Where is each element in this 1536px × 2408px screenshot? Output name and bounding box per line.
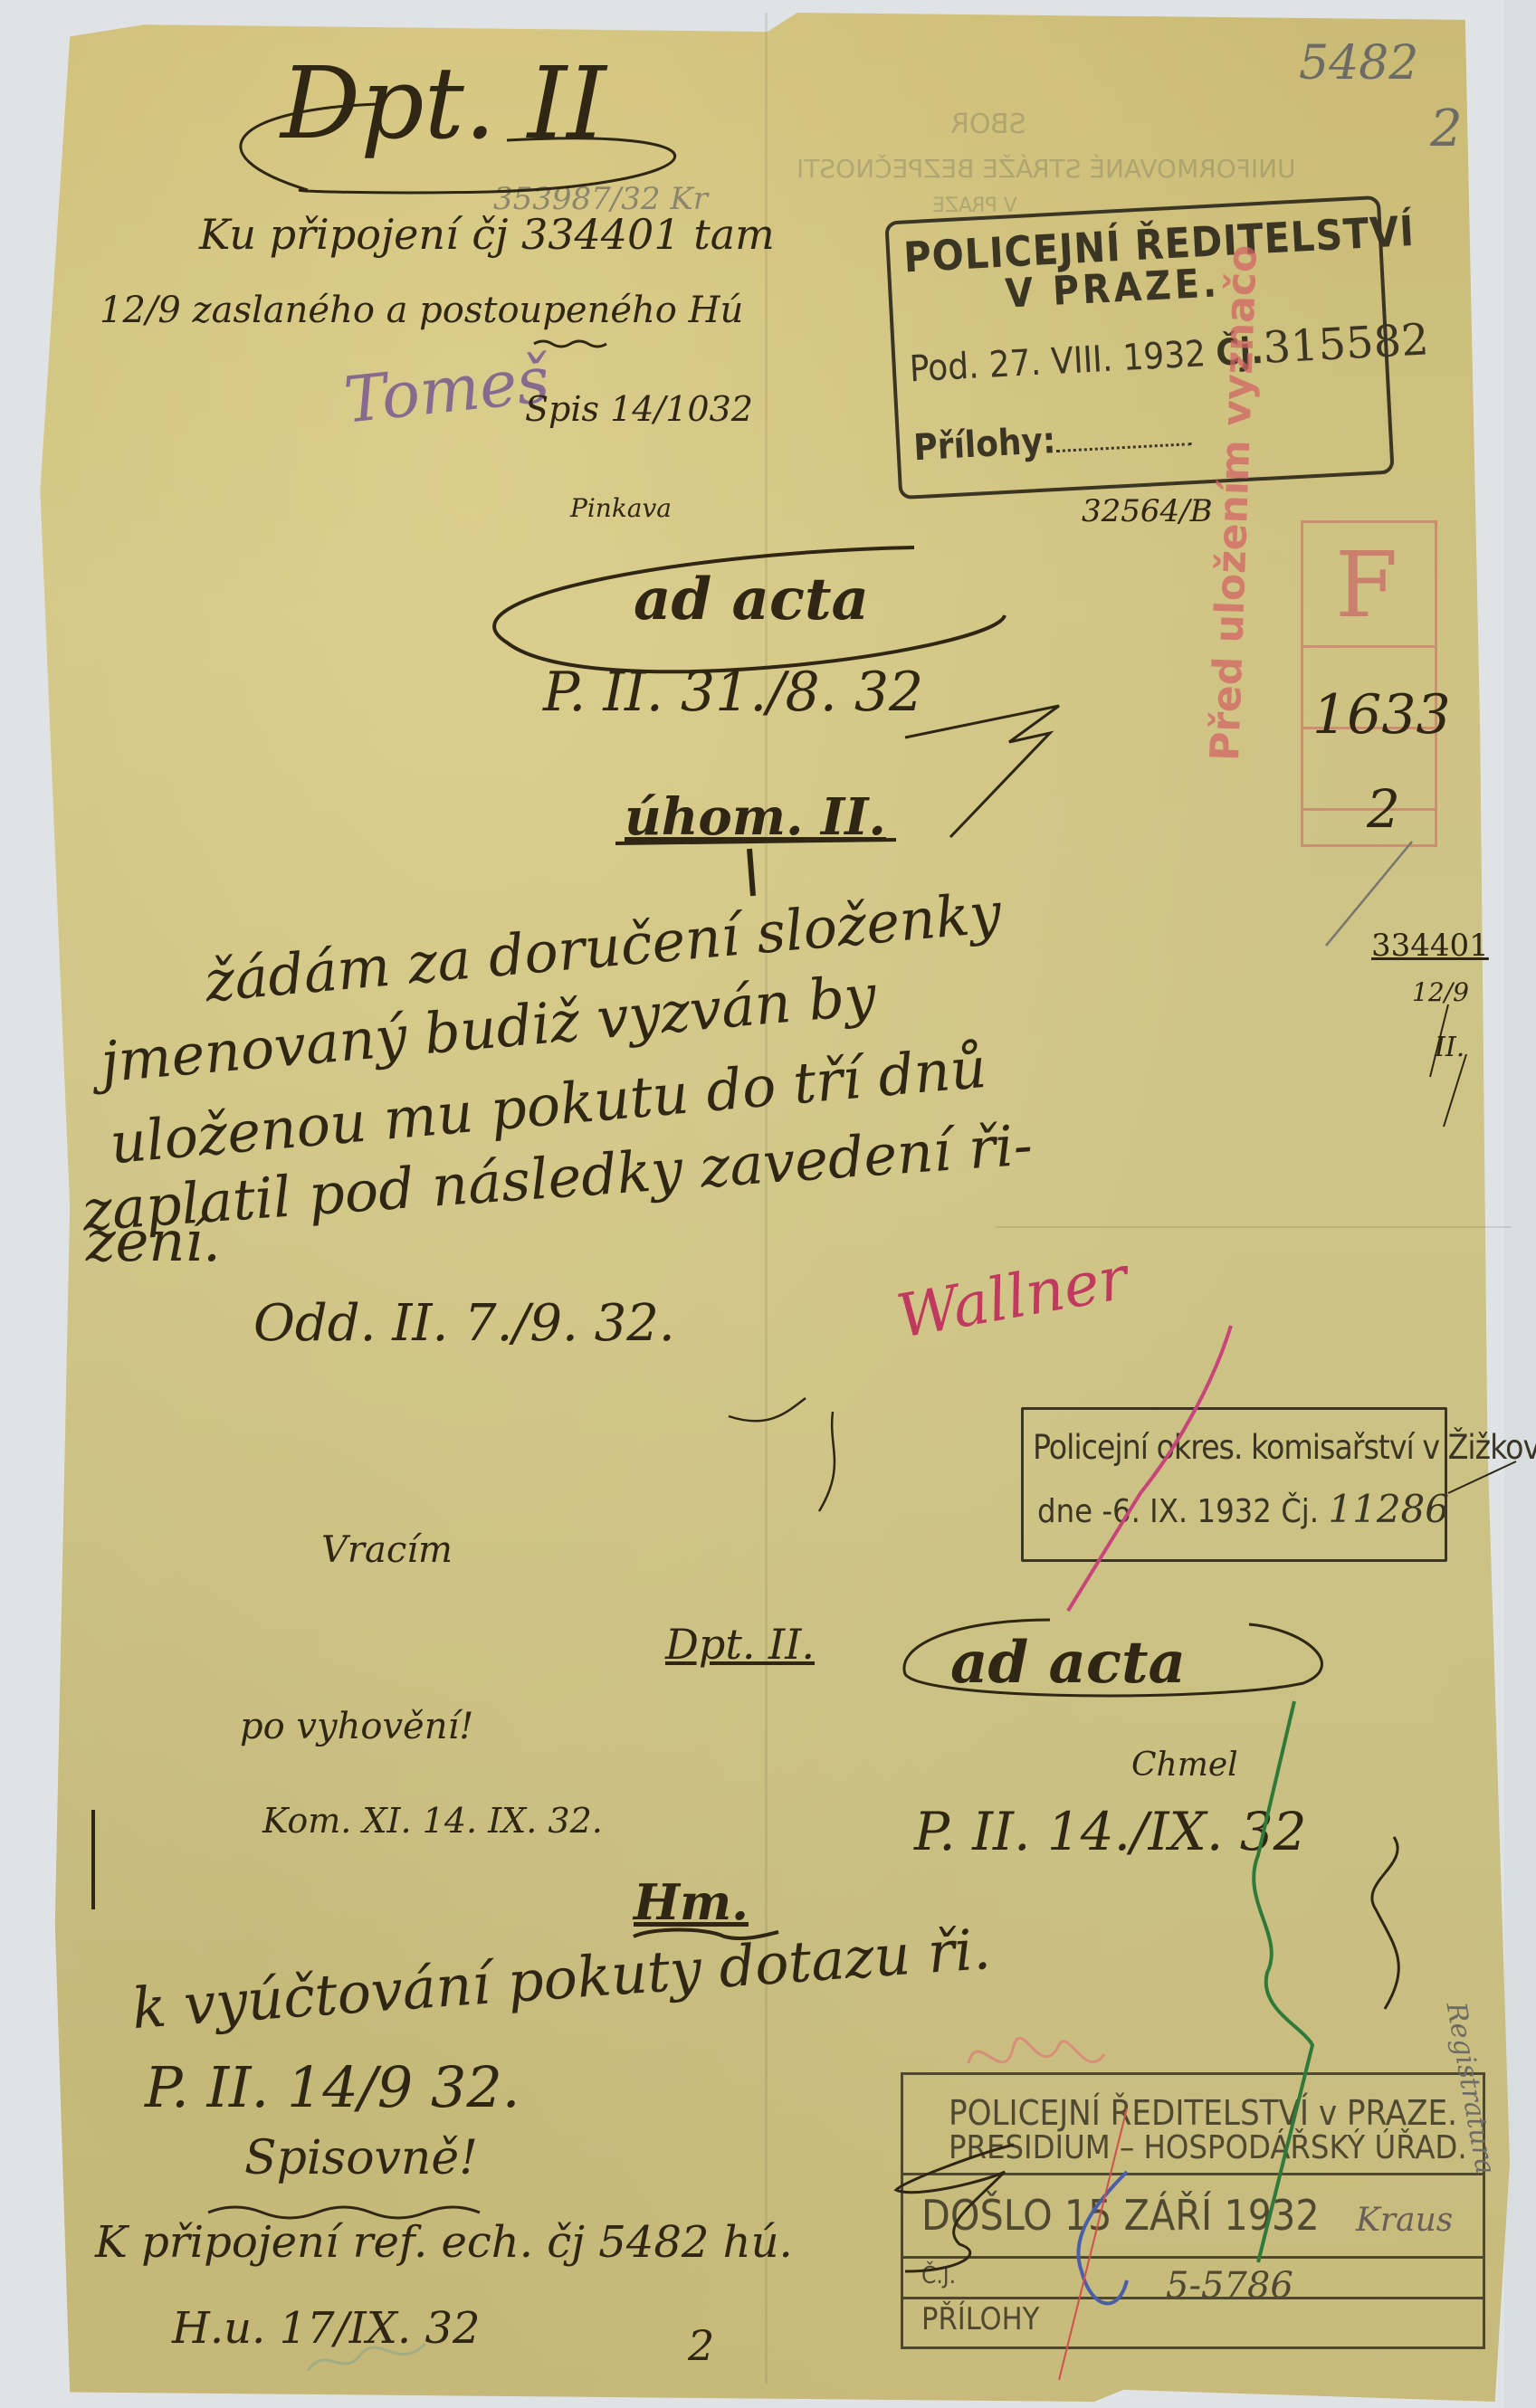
ghost-print-line3: V PRAZE (932, 195, 1017, 217)
stamp-presidium-received-label: DOŠLO (921, 2191, 1053, 2240)
header-line-2: 12/9 zaslaného a postoupeného Hú (100, 290, 743, 331)
stamp-zizkov-date-row: dne -6. IX. 1932 Čj. 11286 (1037, 1487, 1449, 1531)
stamp-presidium-attachments: PŘÍLOHY (921, 2301, 1039, 2337)
final-line-1: K připojení ref. ech. čj 5482 hú. (95, 2217, 793, 2268)
stamp-police-headquarters: POLICEJNÍ ŘEDITELSTVÍ V PRAZE. Pod. 27. … (884, 195, 1394, 500)
corner-number: 5482 (1299, 36, 1418, 90)
stamp-zizkov-cj-value: 11286 (1328, 1487, 1449, 1531)
scan-background-strip (1504, 0, 1536, 2408)
stamp-hq-line2: V PRAZE. (1004, 260, 1221, 317)
final-mark: 2 (688, 2321, 714, 2370)
ghost-print-line2: UNIFORMOVANÉ STRÁŽE BEZPEČNOSTI (797, 154, 1296, 184)
stamp-presidium-cj-value: 5-5786 (1166, 2265, 1293, 2307)
corner-page-number: 2 (1430, 100, 1463, 158)
margin-reference-number: 334401 (1371, 928, 1489, 964)
vracim-note: Vracím (321, 1529, 453, 1571)
stamp-hq-date-prefix: Pod. (909, 345, 980, 390)
small-signature: Pinkava (570, 493, 672, 523)
stamp-zizkov-date: -6. IX. 1932 (1102, 1493, 1272, 1530)
stamp-hq-cj-number: 315582 (1262, 314, 1430, 374)
stamp-hq-date: 27. VIII. 1932 (988, 333, 1207, 385)
stamp-hq-attachments-label: Přílohy: (912, 420, 1056, 469)
stamp-presidium-date: 15 ZÁŘÍ 1932 (1064, 2191, 1320, 2240)
date-2: Odd. II. 7./9. 32. (253, 1294, 675, 1353)
initials-3: Chmel (1131, 1747, 1238, 1784)
dept-mark-2: Dpt. II. (665, 1620, 815, 1669)
spis-note: Spis 14/1032 (525, 389, 753, 429)
kom-date: Kom. XI. 14. IX. 32. (262, 1801, 603, 1841)
section-heading: úhom. II. (625, 787, 886, 847)
spisovna-note: Spisovně! (244, 2131, 478, 2185)
margin-reference-date: 12/9 (1412, 977, 1469, 1007)
stamp-zizkov-commissariat: Policejní okres. komisařství v Žižkově d… (1021, 1407, 1447, 1562)
red-box-sub: 2 (1367, 778, 1400, 840)
stamp-presidium-received-row: DOŠLO 15 ZÁŘÍ 1932 (921, 2191, 1320, 2240)
stamp-zizkov-cj-label: Čj. (1281, 1493, 1319, 1530)
stamp-hq-attachments: Přílohy: (912, 413, 1192, 469)
dept-mark: Dpt. II (281, 45, 606, 161)
date-1: P. II. 31./8. 32 (543, 661, 923, 724)
horizontal-fold-line (996, 1226, 1512, 1228)
stamp-hq-date-row: Pod. 27. VIII. 1932 Čj.315582 (908, 314, 1430, 392)
margin-reference-dept: II. (1435, 1032, 1464, 1063)
hm-mark: Hm. (634, 1873, 749, 1931)
stamp-presidium-cj-label: Č.J. (921, 2262, 956, 2289)
header-line-1: Ku připojení čj 334401 tam (199, 210, 775, 259)
stamp-zizkov-line1: Policejní okres. komisařství v Žižkově (1033, 1428, 1536, 1467)
pencil-number: 32564/B (1082, 493, 1213, 529)
red-box-number: 1633 (1312, 683, 1451, 747)
po-vyhoveni-note: po vyhovění! (240, 1706, 473, 1747)
stamp-presidium: POLICEJNÍ ŘEDITELSTVÍ v PRAZE. PRESIDIUM… (901, 2072, 1485, 2349)
ad-acta-1: ad acta (634, 566, 869, 633)
red-box-letter: F (1335, 532, 1398, 638)
vertical-fold-line (765, 13, 768, 2384)
date-3: P. II. 14./IX. 32 (914, 1801, 1307, 1862)
stamp-presidium-scribble: Kraus (1356, 2202, 1453, 2239)
final-line-2: H.u. 17/IX. 32 (172, 2303, 481, 2354)
date-4: P. II. 14/9 32. (145, 2054, 520, 2120)
stamp-zizkov-date-prefix: dne (1037, 1493, 1092, 1530)
ghost-print-line1: SBOR (950, 109, 1026, 140)
body-line-5: zení. (86, 1208, 221, 1274)
ad-acta-2: ad acta (950, 1629, 1186, 1697)
stamp-presidium-line2: PRESIDIUM – HOSPODÁŘSKÝ ÚŘAD. (949, 2129, 1467, 2166)
stamp-presidium-line1: POLICEJNÍ ŘEDITELSTVÍ v PRAZE. (949, 2093, 1457, 2133)
